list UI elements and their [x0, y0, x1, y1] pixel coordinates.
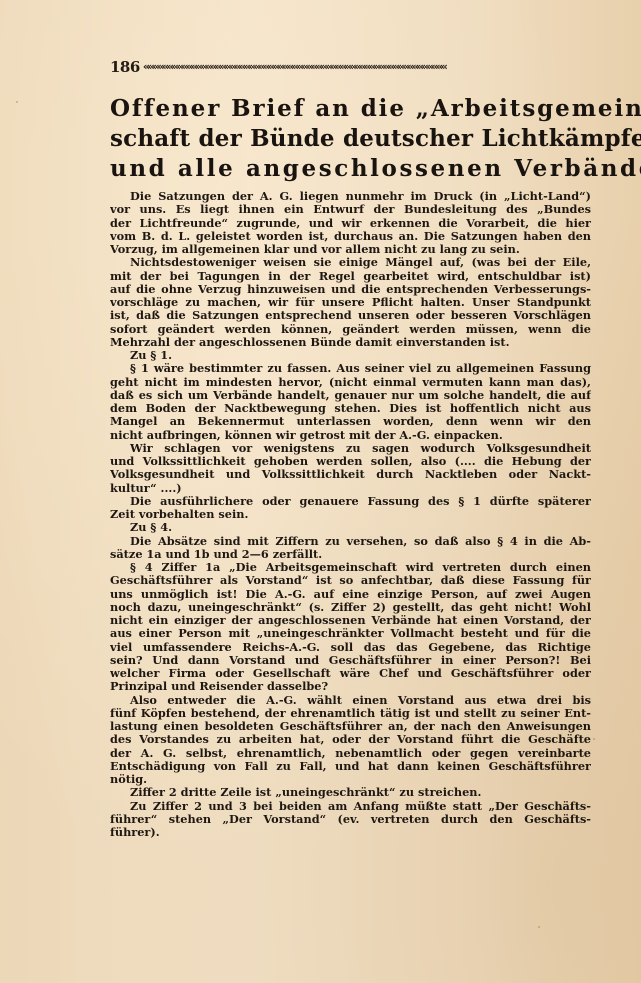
body-text-line: sofort geändert werden können, geändert … — [110, 323, 591, 336]
body-text-line: der A. G. selbst, ehrenamtlich, nebenamt… — [110, 747, 591, 760]
paper-speck — [16, 101, 18, 103]
page-number: 186 — [110, 58, 140, 76]
body-text-line: kultur“ ....) — [110, 482, 591, 495]
body-text-line: Mangel an Bekennermut unterlassen worden… — [110, 415, 591, 428]
book-page: 186 ««««««««««««««««««««««««««««««««««««… — [0, 0, 641, 983]
paper-speck — [538, 926, 540, 928]
page-header: 186 ««««««««««««««««««««««««««««««««««««… — [110, 57, 590, 77]
body-text-line: daß es sich um Verbände handelt, genauer… — [110, 389, 591, 402]
body-text-line: vor uns. Es liegt ihnen ein Entwurf der … — [110, 203, 591, 216]
body-text-line: nötig. — [110, 773, 591, 786]
body-text-line: Zu Ziffer 2 und 3 bei beiden am Anfang m… — [110, 800, 591, 813]
body-text-line: Geschäftsführer als Vorstand“ ist so anf… — [110, 574, 591, 587]
body-text-line: noch dazu, uneingeschränkt“ (s. Ziffer 2… — [110, 601, 591, 614]
body-text-line: nicht aufbringen, können wir getrost mit… — [110, 429, 591, 442]
title-line: Offener Brief an die „Arbeitsgemein= — [110, 94, 590, 124]
body-text-line: Die Satzungen der A. G. liegen nunmehr i… — [110, 190, 591, 203]
body-text-line: Mehrzahl der angeschlossenen Bünde damit… — [110, 336, 591, 349]
body-text-line: dem Boden der Nacktbewegung stehen. Dies… — [110, 402, 591, 415]
body-text-line: vorschläge zu machen, wir für unsere Pfl… — [110, 296, 591, 309]
article-title: Offener Brief an die „Arbeitsgemein= sch… — [110, 94, 590, 184]
body-text-line: Vorzug, im allgemeinen klar und vor alle… — [110, 243, 591, 256]
body-text-line: Entschädigung von Fall zu Fall, und hat … — [110, 760, 591, 773]
body-text-line: Prinzipal und Reisender dasselbe? — [110, 680, 591, 693]
body-text-line: fünf Köpfen bestehend, der ehrenamtlich … — [110, 707, 591, 720]
title-line: schaft der Bünde deutscher Lichtkämpfer“ — [110, 124, 590, 154]
section-heading-line: Zu § 4. — [110, 521, 591, 534]
article-body: Die Satzungen der A. G. liegen nunmehr i… — [110, 190, 591, 839]
section-heading-line: Zu § 1. — [110, 349, 591, 362]
body-text-line: des Vorstandes zu arbeiten hat, oder der… — [110, 733, 591, 746]
body-text-line: lastung einen besoldeten Geschäftsführer… — [110, 720, 591, 733]
body-text-line: aus einer Person mit „uneingeschränkter … — [110, 627, 591, 640]
paper-speck — [593, 738, 595, 740]
body-text-line: der Lichtfreunde“ zugrunde, und wir erke… — [110, 217, 591, 230]
section-heading-line: Ziffer 2 dritte Zeile ist „uneingeschrän… — [110, 786, 591, 799]
body-text-line: Zeit vorbehalten sein. — [110, 508, 591, 521]
body-text-line: sein? Und dann Vorstand und Geschäftsfüh… — [110, 654, 591, 667]
body-text-line: mit der bei Tagungen in der Regel gearbe… — [110, 270, 591, 283]
body-text-line: welcher Firma oder Gesellschaft wäre Che… — [110, 667, 591, 680]
body-text-line: Volksgesundheit und Volkssittlichkeit du… — [110, 468, 591, 481]
body-text-line: uns unmöglich ist! Die A.-G. auf eine ei… — [110, 588, 591, 601]
body-text-line: Wir schlagen vor wenigstens zu sagen wod… — [110, 442, 591, 455]
body-text-line: und Volkssittlichkeit gehoben werden sol… — [110, 455, 591, 468]
body-text-line: auf die ohne Verzug hinzuweisen und die … — [110, 283, 591, 296]
body-text-line: ist, daß die Satzungen entsprechend unse… — [110, 309, 591, 322]
body-text-line: führer“ stehen „Der Vorstand“ (ev. vertr… — [110, 813, 591, 826]
ornamental-rule-icon: ««««««««««««««««««««««««««««««««««««««««… — [143, 61, 590, 73]
body-text-line: führer). — [110, 826, 591, 839]
body-text-line: § 4 Ziffer 1a „Die Arbeitsgemeinschaft w… — [110, 561, 591, 574]
body-text-line: § 1 wäre bestimmter zu fassen. Aus seine… — [110, 362, 591, 375]
body-text-line: Die ausführlichere oder genauere Fassung… — [110, 495, 591, 508]
body-text-line: nicht ein einziger der angeschlossenen V… — [110, 614, 591, 627]
body-text-line: Nichtsdestoweniger weisen sie einige Män… — [110, 256, 591, 269]
body-text-line: vom B. d. L. geleistet worden ist, durch… — [110, 230, 591, 243]
body-text-line: sätze 1a und 1b und 2—6 zerfällt. — [110, 548, 591, 561]
title-line: und alle angeschlossenen Verbände. — [110, 154, 590, 184]
body-text-line: geht nicht im mindesten hervor, (nicht e… — [110, 376, 591, 389]
body-text-line: viel umfassendere Reichs-A.-G. soll das … — [110, 641, 591, 654]
body-text-line: Die Absätze sind mit Ziffern zu versehen… — [110, 535, 591, 548]
body-text-line: Also entweder die A.-G. wählt einen Vors… — [110, 694, 591, 707]
